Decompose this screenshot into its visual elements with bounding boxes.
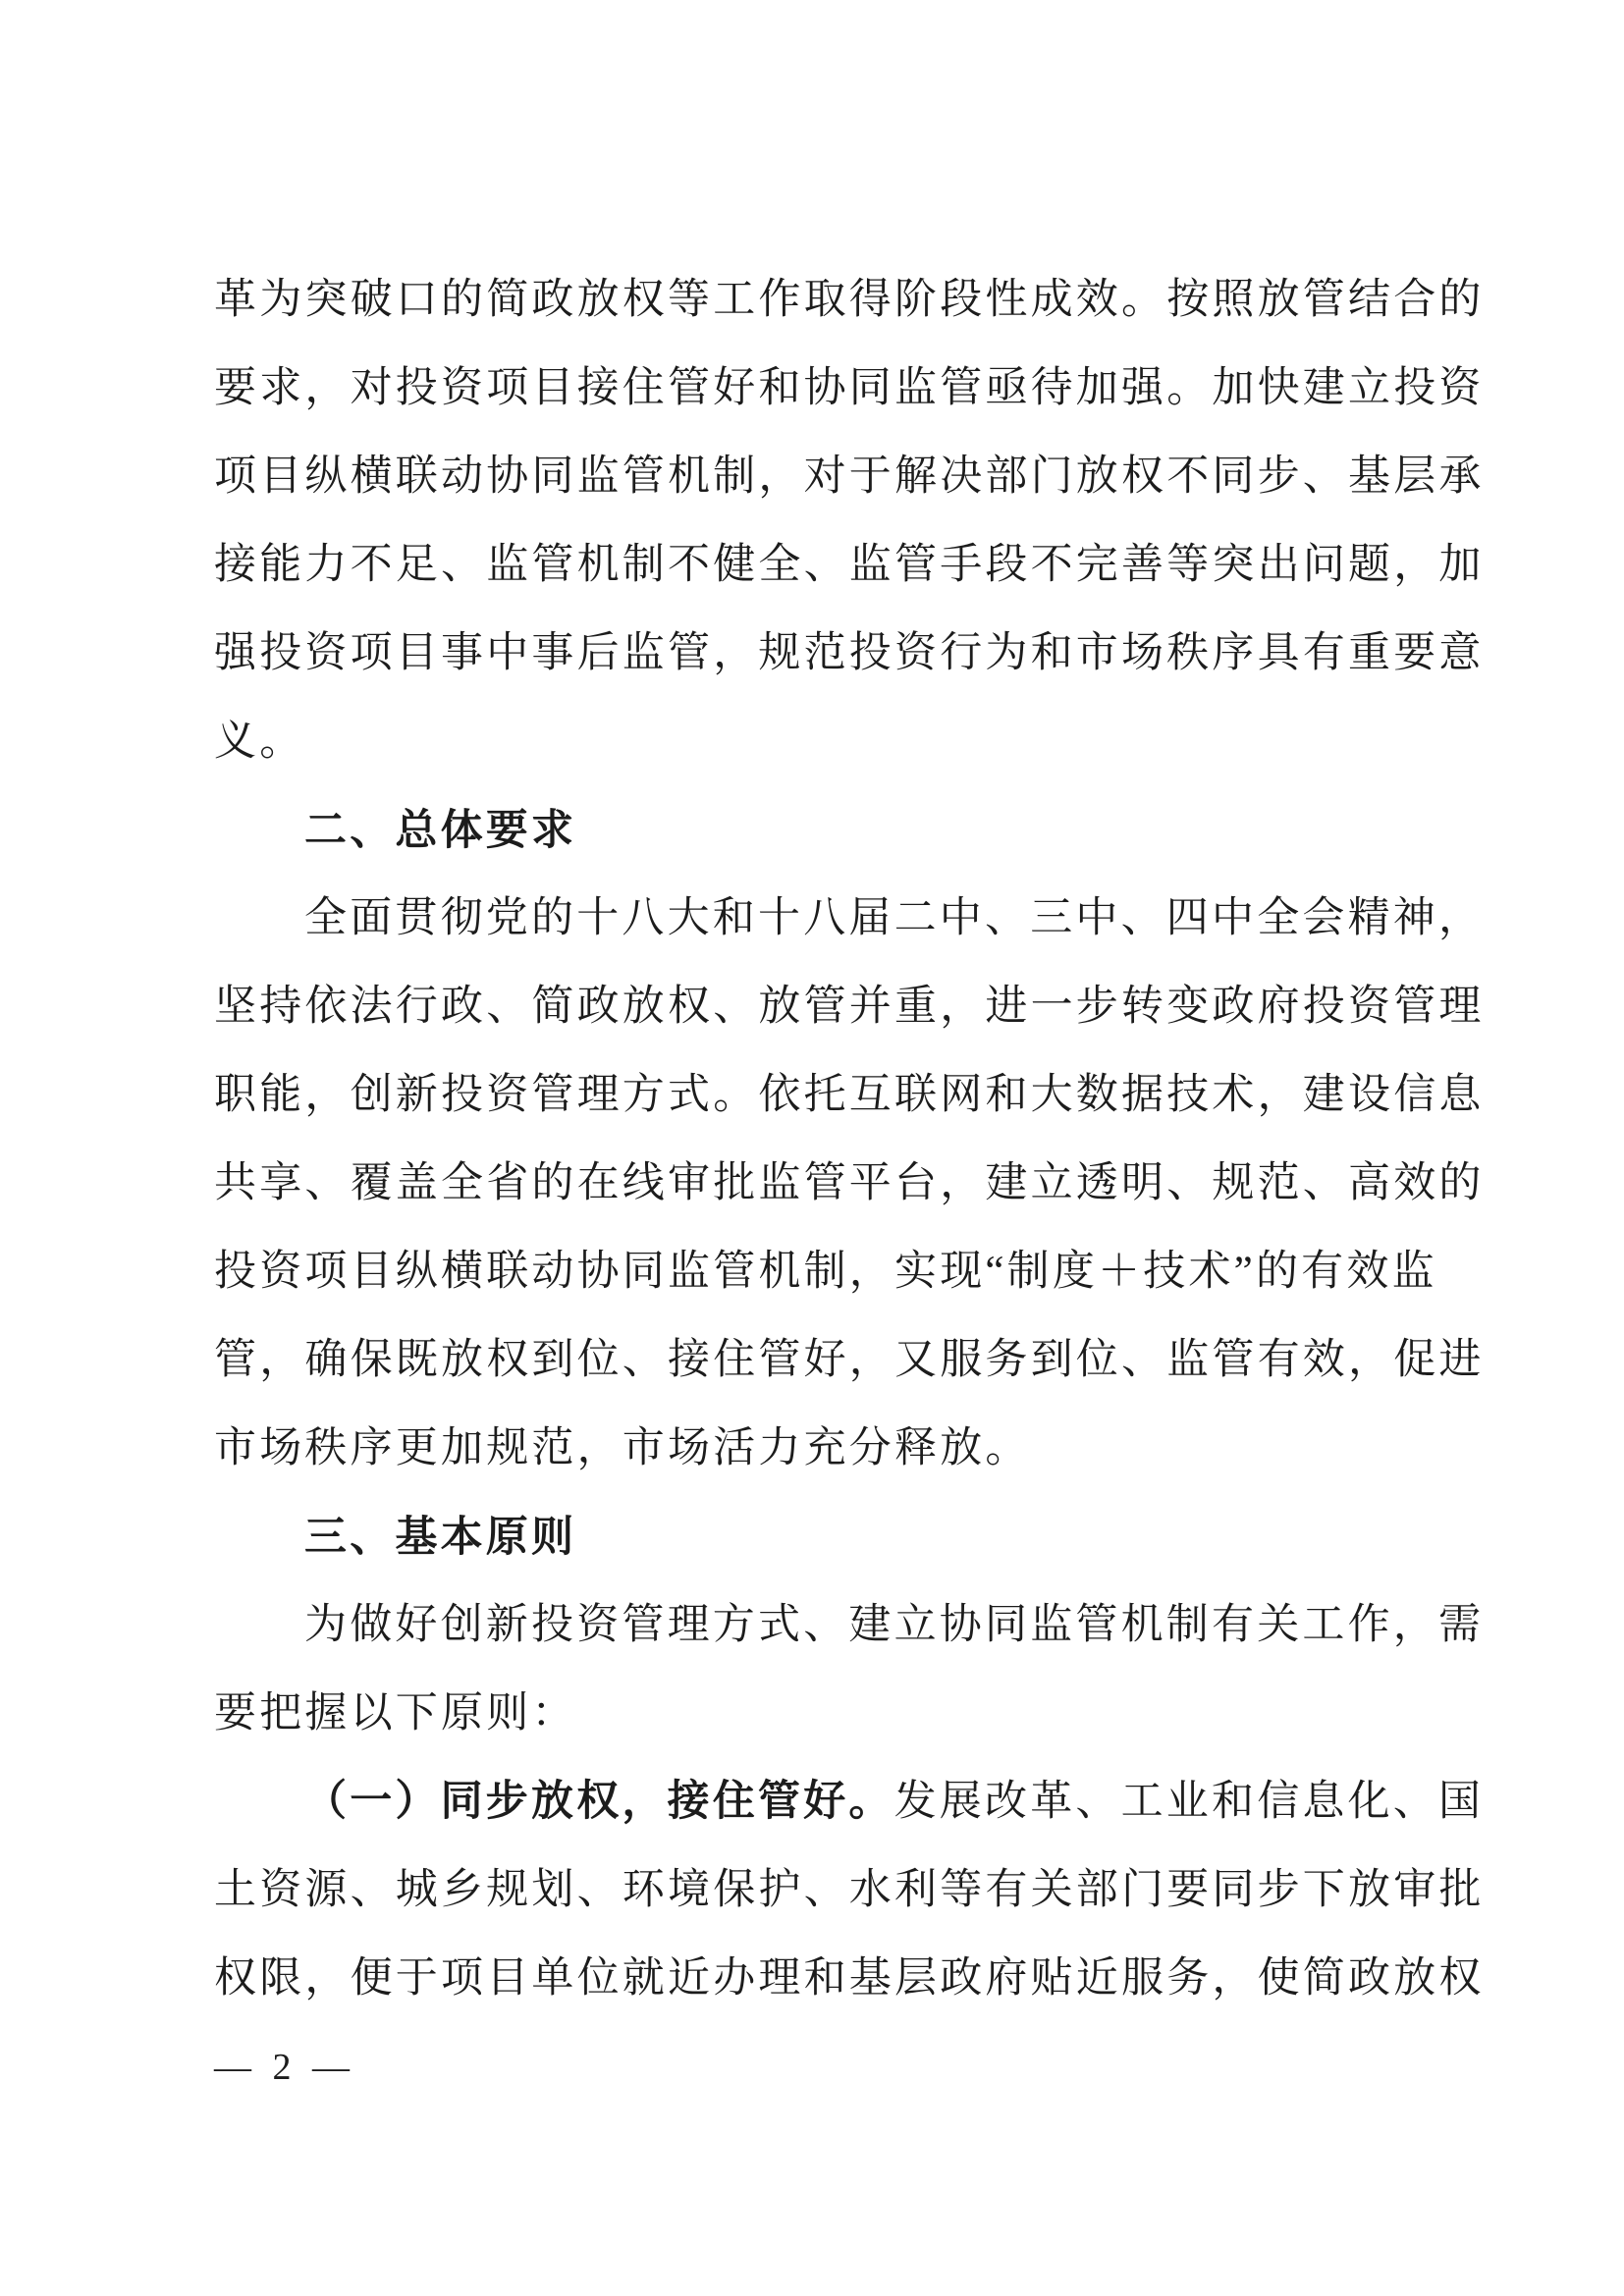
body-text-line: 坚持依法行政、简政放权、放管并重，进一步转变政府投资管理 [214, 963, 1490, 1051]
page-number: — 2 — [214, 2023, 355, 2111]
body-text-line: 市场秩序更加规范，市场活力充分释放。 [214, 1405, 1490, 1493]
body-text-line: 要求，对投资项目接住管好和协同监管亟待加强。加快建立投资 [214, 345, 1490, 433]
body-text-line: 管，确保既放权到位、接住管好，又服务到位、监管有效，促进 [214, 1316, 1490, 1405]
body-text-segment: 发展改革、工业和信息化、国 [894, 1779, 1485, 1825]
body-text-line: 强投资项目事中事后监管，规范投资行为和市场秩序具有重要意 [214, 610, 1490, 698]
document-page: 革为突破口的简政放权等工作取得阶段性成效。按照放管结合的 要求，对投资项目接住管… [0, 0, 1624, 2296]
body-text-line: 项目纵横联动协同监管机制，对于解决部门放权不同步、基层承 [214, 433, 1490, 521]
body-text-line: 权限，便于项目单位就近办理和基层政府贴近服务，使简政放权 [214, 1935, 1490, 2023]
body-text-line: 义。 [214, 698, 1490, 786]
body-text-line: （一）同步放权，接住管好。发展改革、工业和信息化、国 [214, 1758, 1490, 1846]
body-text-line: 共享、覆盖全省的在线审批监管平台，建立透明、规范、高效的 [214, 1140, 1490, 1228]
body-text-line: 为做好创新投资管理方式、建立协同监管机制有关工作，需 [214, 1581, 1490, 1670]
document-body: 革为突破口的简政放权等工作取得阶段性成效。按照放管结合的 要求，对投资项目接住管… [214, 256, 1490, 2023]
body-text-line: 要把握以下原则： [214, 1670, 1490, 1758]
principle-title-emphasis: （一）同步放权，接住管好。 [304, 1779, 894, 1825]
body-text-line: 全面贯彻党的十八大和十八届二中、三中、四中全会精神， [214, 875, 1490, 963]
section-heading-overall-requirements: 二、总体要求 [214, 786, 1490, 875]
body-text-line: 职能，创新投资管理方式。依托互联网和大数据技术，建设信息 [214, 1051, 1490, 1140]
body-text-line: 土资源、城乡规划、环境保护、水利等有关部门要同步下放审批 [214, 1846, 1490, 1935]
body-text-line: 接能力不足、监管机制不健全、监管手段不完善等突出问题，加 [214, 521, 1490, 610]
section-heading-basic-principles: 三、基本原则 [214, 1493, 1490, 1581]
body-text-line: 投资项目纵横联动协同监管机制，实现“制度＋技术”的有效监 [214, 1228, 1490, 1316]
body-text-line: 革为突破口的简政放权等工作取得阶段性成效。按照放管结合的 [214, 256, 1490, 345]
